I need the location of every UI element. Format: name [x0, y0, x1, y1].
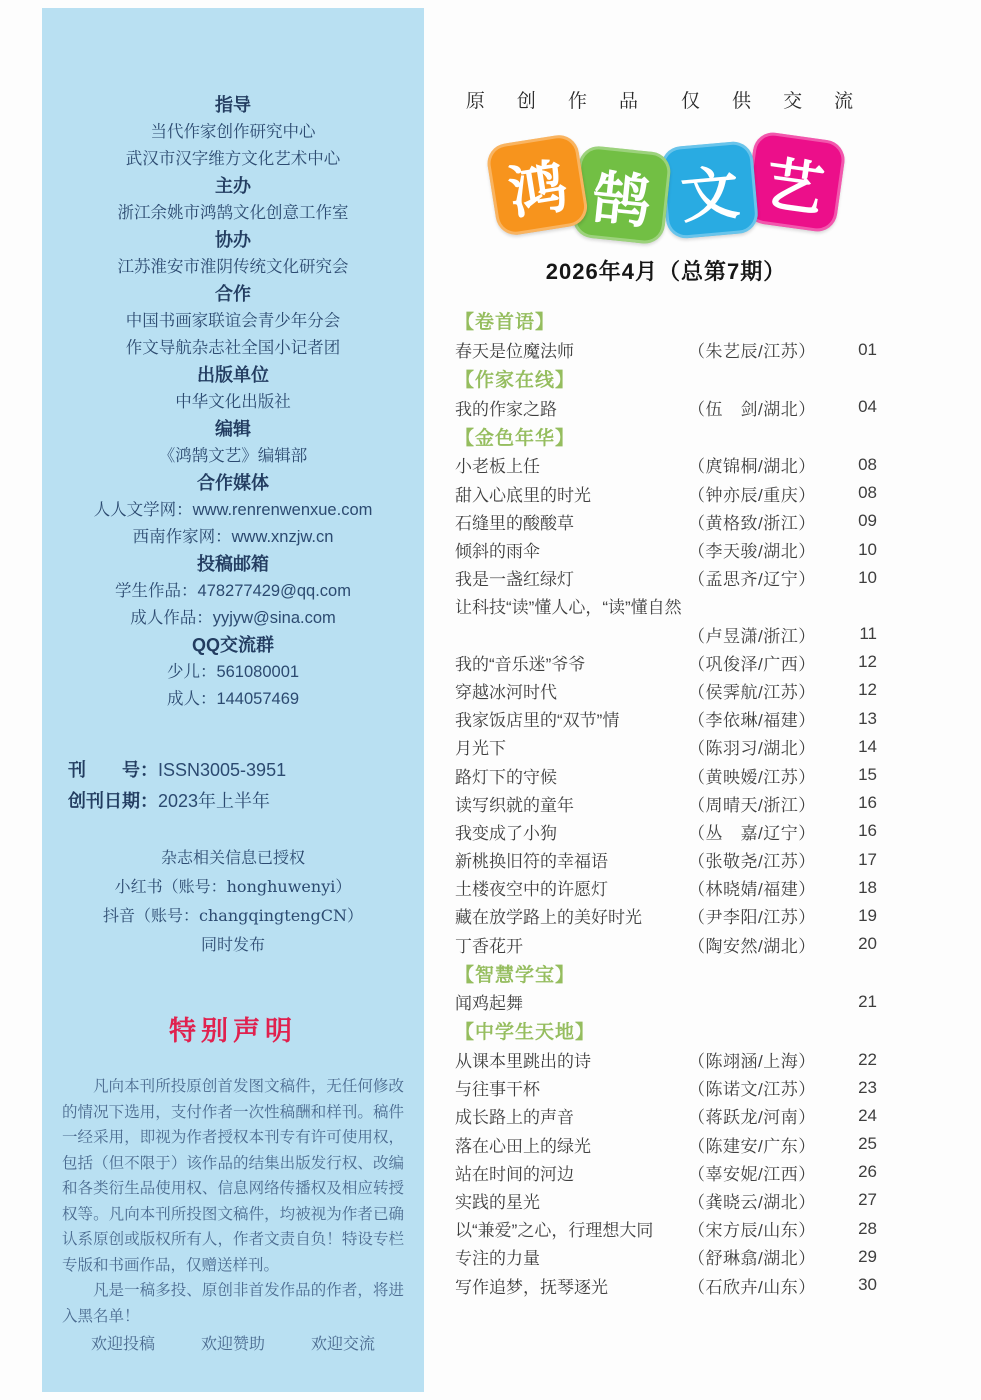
toc-entry-title: 从课本里跳出的诗: [455, 1047, 688, 1072]
toc-entry-title: 读写织就的童年: [455, 791, 688, 816]
toc-entry-row: 从课本里跳出的诗（陈翊涵/上海）22: [455, 1045, 877, 1073]
toc-entry-title: 专注的力量: [455, 1244, 688, 1269]
issn-label: 刊 号：: [68, 760, 158, 780]
toc-entry-page: 24: [847, 1106, 877, 1126]
toc-entry-byline: （钟亦辰/重庆）: [688, 481, 816, 506]
toc-entry-byline: （陈建安/广东）: [688, 1132, 816, 1157]
sidebar-group-heading: 主办: [56, 173, 410, 200]
sidebar-group-heading: 编辑: [56, 416, 410, 443]
toc-entry-row: 新桃换旧符的幸福语（张敬尧/江苏）17: [455, 846, 877, 874]
toc-entry-byline: （朱艺辰/江苏）: [688, 337, 816, 362]
toc-entry-page: 27: [847, 1190, 877, 1210]
toc-entry-title: 倾斜的雨伞: [455, 537, 688, 562]
toc-entry-page: 19: [847, 906, 877, 926]
toc-entry-row: 成长路上的声音（蒋跃龙/河南）24: [455, 1102, 877, 1130]
toc-column: 原 创 作 品仅 供 交 流 鸿鹄文艺 2026年4月（总第7期） 【卷首语】春…: [455, 0, 877, 1299]
toc-entry-title: 石缝里的酸酸草: [455, 509, 688, 534]
toc-entry-row: 与往事干杯（陈诺文/江苏）23: [455, 1074, 877, 1102]
toc-entry-page: 09: [847, 511, 877, 531]
toc-entry-byline: （石欣卉/山东）: [688, 1273, 816, 1298]
toc-entry-page: 08: [847, 455, 877, 475]
toc-entry-row: 落在心田上的绿光（陈建安/广东）25: [455, 1130, 877, 1158]
toc-entry-row: 专注的力量（舒琳翕/湖北）29: [455, 1243, 877, 1271]
toc-entry-row: 读写织就的童年（周晴天/浙江）16: [455, 789, 877, 817]
social-block: 杂志相关信息已授权小红书（账号：honghuwenyi）抖音（账号：changq…: [56, 843, 410, 959]
toc-entry-title: 我是一盏红绿灯: [455, 565, 688, 590]
toc-entry-byline: （侯霁航/江苏）: [688, 678, 816, 703]
sidebar-group-line: 浙江余姚市鸿鹄文化创意工作室: [56, 200, 410, 227]
toc-entry-title: 新桃换旧符的幸福语: [455, 847, 688, 872]
toc-entry-row: 让科技“读”懂人心，“读”懂自然: [455, 592, 877, 620]
social-line: 同时发布: [56, 930, 410, 959]
toc-entry-byline: （蒋跃龙/河南）: [688, 1103, 816, 1128]
sidebar-group-line: 西南作家网：www.xnzjw.cn: [56, 524, 410, 551]
toc-entry-title: 小老板上任: [455, 452, 688, 477]
toc-entry-title: 我的“音乐迷”爷爷: [455, 650, 688, 675]
toc-entry-page: 10: [847, 568, 877, 588]
toc-entry-row: 甜入心底里的时光（钟亦辰/重庆）08: [455, 479, 877, 507]
toc-entry-page: 25: [847, 1134, 877, 1154]
toc-entry-title: 以“兼爱”之心，行理想大同: [455, 1216, 688, 1241]
issn-label: 创刊日期：: [68, 791, 158, 811]
toc-entry-row: 实践的星光（龚晓云/湖北）27: [455, 1186, 877, 1214]
tagline-phrase: 仅 供 交 流: [681, 86, 866, 113]
sidebar-group-line: 作文导航杂志社全国小记者团: [56, 335, 410, 362]
toc-entry-title: 写作追梦，抚琴逐光: [455, 1273, 688, 1298]
toc-entry-row: 丁香花开（陶安然/湖北）20: [455, 930, 877, 958]
toc-entry-row: 写作追梦，抚琴逐光（石欣卉/山东）30: [455, 1271, 877, 1299]
toc-entry-title: 春天是位魔法师: [455, 337, 688, 362]
toc-entry-byline: （丛 嘉/辽宁）: [688, 819, 816, 844]
toc-entry-byline: （辜安妮/江西）: [688, 1160, 816, 1185]
toc-entry-row: 藏在放学路上的美好时光（尹李阳/江苏）19: [455, 902, 877, 930]
toc-entry-row: 小老板上任（庹锦桐/湖北）08: [455, 451, 877, 479]
toc-entry-title: 甜入心底里的时光: [455, 481, 688, 506]
toc-entry-page: 01: [847, 340, 877, 360]
toc-entry-title: 站在时间的河边: [455, 1160, 688, 1185]
toc-entry-row: 我的“音乐迷”爷爷（巩俊泽/广西）12: [455, 648, 877, 676]
toc-section-header: 【金色年华】: [455, 421, 877, 451]
toc-entry-title: 我的作家之路: [455, 395, 688, 420]
toc-entry-page: 16: [847, 793, 877, 813]
toc-entry-title: 丁香花开: [455, 932, 688, 957]
issn-row: 刊 号：ISSN3005-3951: [68, 755, 410, 786]
info-sidebar: 指导当代作家创作研究中心武汉市汉字维方文化艺术中心主办浙江余姚市鸿鹄文化创意工作…: [42, 8, 424, 1392]
toc-entry-page: 08: [847, 483, 877, 503]
sidebar-group-line: 人人文学网：www.renrenwenxue.com: [56, 497, 410, 524]
logo-tile: 鹄: [571, 144, 672, 245]
toc-entry-byline: （尹李阳/江苏）: [688, 903, 816, 928]
toc-entry-row: 以“兼爱”之心，行理想大同（宋方辰/山东）28: [455, 1215, 877, 1243]
sidebar-group-line: 江苏淮安市淮阴传统文化研究会: [56, 254, 410, 281]
toc-entry-byline: （黄格致/浙江）: [688, 509, 816, 534]
welcome-item: 欢迎交流: [311, 1331, 375, 1354]
toc-entry-title: 与往事干杯: [455, 1075, 688, 1100]
toc-entry-page: 10: [847, 540, 877, 560]
toc-entry-title: 成长路上的声音: [455, 1103, 688, 1128]
social-line: 抖音（账号：changqingtengCN）: [56, 901, 410, 930]
toc-entry-byline: （陈诺文/江苏）: [688, 1075, 816, 1100]
toc-entry-page: 23: [847, 1078, 877, 1098]
logo-tile: 鸿: [485, 132, 590, 237]
toc-entry-title: 土楼夜空中的许愿灯: [455, 875, 688, 900]
toc-entry-row: 倾斜的雨伞（李天骏/湖北）10: [455, 535, 877, 563]
toc-entry-byline: （黄映嫒/江苏）: [688, 763, 816, 788]
toc-entry-page: 11: [847, 624, 877, 644]
magazine-logo: 鸿鹄文艺: [455, 125, 877, 241]
toc-entry-byline: （孟思齐/辽宁）: [688, 565, 816, 590]
sidebar-group-line: 学生作品：478277429@qq.com: [56, 578, 410, 605]
toc-entry-page: 15: [847, 765, 877, 785]
toc-section-header: 【卷首语】: [455, 306, 877, 336]
toc-entry-row: （卢昱潇/浙江）11: [455, 620, 877, 648]
tagline-phrase: 原 创 作 品: [466, 86, 651, 113]
sidebar-group-heading: 合作媒体: [56, 470, 410, 497]
social-line: 小红书（账号：honghuwenyi）: [56, 872, 410, 901]
toc-entry-byline: （龚晓云/湖北）: [688, 1188, 816, 1213]
issn-value: 2023年上半年: [158, 791, 270, 811]
toc-entry-title: 实践的星光: [455, 1188, 688, 1213]
statement-paragraph: 凡向本刊所投原创首发图文稿件，无任何修改的情况下选用，支付作者一次性稿酬和样刊。…: [62, 1074, 404, 1278]
toc-entry-row: 土楼夜空中的许愿灯（林晓婧/福建）18: [455, 874, 877, 902]
toc-entry-page: 04: [847, 397, 877, 417]
toc-entry-row: 春天是位魔法师（朱艺辰/江苏）01: [455, 336, 877, 364]
sidebar-group-line: 成人作品：yyjyw@sina.com: [56, 605, 410, 632]
welcome-line: 欢迎投稿欢迎赞助欢迎交流: [56, 1331, 410, 1354]
toc-entry-byline: （李依琳/福建）: [688, 706, 816, 731]
toc-entry-row: 我是一盏红绿灯（孟思齐/辽宁）10: [455, 564, 877, 592]
toc-entry-byline: （周晴天/浙江）: [688, 791, 816, 816]
welcome-item: 欢迎投稿: [91, 1331, 155, 1354]
toc-entry-byline: （宋方辰/山东）: [688, 1216, 816, 1241]
toc-entry-title: 我变成了小狗: [455, 819, 688, 844]
toc-entry-byline: （林晓婧/福建）: [688, 875, 816, 900]
toc-entry-byline: （卢昱潇/浙江）: [688, 622, 816, 647]
toc-entry-row: 月光下（陈羽习/湖北）14: [455, 733, 877, 761]
sidebar-group-line: 《鸿鹄文艺》编辑部: [56, 443, 410, 470]
tagline: 原 创 作 品仅 供 交 流: [455, 86, 877, 113]
toc-entry-page: 14: [847, 737, 877, 757]
issn-row: 创刊日期：2023年上半年: [68, 786, 410, 817]
toc-entry-byline: （张敬尧/江苏）: [688, 847, 816, 872]
toc-entry-row: 站在时间的河边（辜安妮/江西）26: [455, 1158, 877, 1186]
toc-section-header: 【中学生天地】: [455, 1016, 877, 1046]
sidebar-group-line: 成人：144057469: [56, 686, 410, 713]
sidebar-group-line: 武汉市汉字维方文化艺术中心: [56, 146, 410, 173]
toc-entry-title: 路灯下的守候: [455, 763, 688, 788]
toc-entry-row: 穿越冰河时代（侯霁航/江苏）12: [455, 676, 877, 704]
toc-entry-row: 我家饭店里的“双节”情（李依琳/福建）13: [455, 705, 877, 733]
social-line: 杂志相关信息已授权: [56, 843, 410, 872]
toc-section-header: 【作家在线】: [455, 364, 877, 394]
toc-entry-page: 17: [847, 850, 877, 870]
toc-entry-page: 12: [847, 652, 877, 672]
toc-entry-row: 闻鸡起舞21: [455, 988, 877, 1016]
toc-entry-title: 月光下: [455, 734, 688, 759]
toc-entry-page: 13: [847, 709, 877, 729]
toc-entry-byline: （庹锦桐/湖北）: [688, 452, 816, 477]
toc-section-header: 【智慧学宝】: [455, 958, 877, 988]
toc-entry-title: 藏在放学路上的美好时光: [455, 903, 688, 928]
toc-entry-row: 我的作家之路（伍 剑/湖北）04: [455, 393, 877, 421]
toc-entry-page: 22: [847, 1050, 877, 1070]
sidebar-group-line: 中国书画家联谊会青少年分会: [56, 308, 410, 335]
logo-tile: 文: [660, 140, 760, 240]
special-statement-body: 凡向本刊所投原创首发图文稿件，无任何修改的情况下选用，支付作者一次性稿酬和样刊。…: [56, 1074, 410, 1329]
toc-entry-page: 18: [847, 878, 877, 898]
sidebar-group-line: 少儿：561080001: [56, 659, 410, 686]
toc-entry-page: 16: [847, 821, 877, 841]
sidebar-group-line: 当代作家创作研究中心: [56, 119, 410, 146]
toc-entry-page: 20: [847, 934, 877, 954]
sidebar-group-heading: 指导: [56, 92, 410, 119]
special-statement-title: 特别声明: [56, 1009, 410, 1048]
sidebar-group-line: 中华文化出版社: [56, 389, 410, 416]
toc-entry-row: 路灯下的守候（黄映嫒/江苏）15: [455, 761, 877, 789]
toc-entry-page: 29: [847, 1247, 877, 1267]
toc-entry-title: 穿越冰河时代: [455, 678, 688, 703]
sidebar-group-heading: 出版单位: [56, 362, 410, 389]
sidebar-group-heading: 协办: [56, 227, 410, 254]
sidebar-groups: 指导当代作家创作研究中心武汉市汉字维方文化艺术中心主办浙江余姚市鸿鹄文化创意工作…: [56, 92, 410, 713]
toc-entry-page: 28: [847, 1219, 877, 1239]
logo-tile: 艺: [743, 130, 847, 234]
toc-entry-title: 落在心田上的绿光: [455, 1132, 688, 1157]
toc-entry-byline: （陈翊涵/上海）: [688, 1047, 816, 1072]
toc-entry-byline: （舒琳翕/湖北）: [688, 1244, 816, 1269]
toc-entry-title: 让科技“读”懂人心，“读”懂自然: [455, 593, 688, 618]
table-of-contents: 【卷首语】春天是位魔法师（朱艺辰/江苏）01【作家在线】我的作家之路（伍 剑/湖…: [455, 306, 877, 1299]
toc-entry-page: 21: [847, 992, 877, 1012]
welcome-item: 欢迎赞助: [201, 1331, 265, 1354]
toc-entry-row: 我变成了小狗（丛 嘉/辽宁）16: [455, 817, 877, 845]
toc-entry-page: 26: [847, 1162, 877, 1182]
sidebar-group-heading: QQ交流群: [56, 632, 410, 659]
issn-value: ISSN3005-3951: [158, 760, 286, 780]
toc-entry-title: 我家饭店里的“双节”情: [455, 706, 688, 731]
toc-entry-byline: （李天骏/湖北）: [688, 537, 816, 562]
toc-entry-byline: （陶安然/湖北）: [688, 932, 816, 957]
toc-entry-byline: （伍 剑/湖北）: [688, 395, 816, 420]
toc-entry-byline: （巩俊泽/广西）: [688, 650, 816, 675]
issue-line: 2026年4月（总第7期）: [455, 255, 877, 286]
toc-entry-page: 12: [847, 680, 877, 700]
toc-entry-row: 石缝里的酸酸草（黄格致/浙江）09: [455, 507, 877, 535]
toc-entry-title: 闻鸡起舞: [455, 989, 688, 1014]
issn-block: 刊 号：ISSN3005-3951创刊日期：2023年上半年: [56, 755, 410, 817]
sidebar-group-heading: 投稿邮箱: [56, 551, 410, 578]
toc-entry-byline: （陈羽习/湖北）: [688, 734, 816, 759]
statement-paragraph: 凡是一稿多投、原创非首发作品的作者，将进入黑名单！: [62, 1278, 404, 1329]
sidebar-group-heading: 合作: [56, 281, 410, 308]
toc-entry-page: 30: [847, 1275, 877, 1295]
